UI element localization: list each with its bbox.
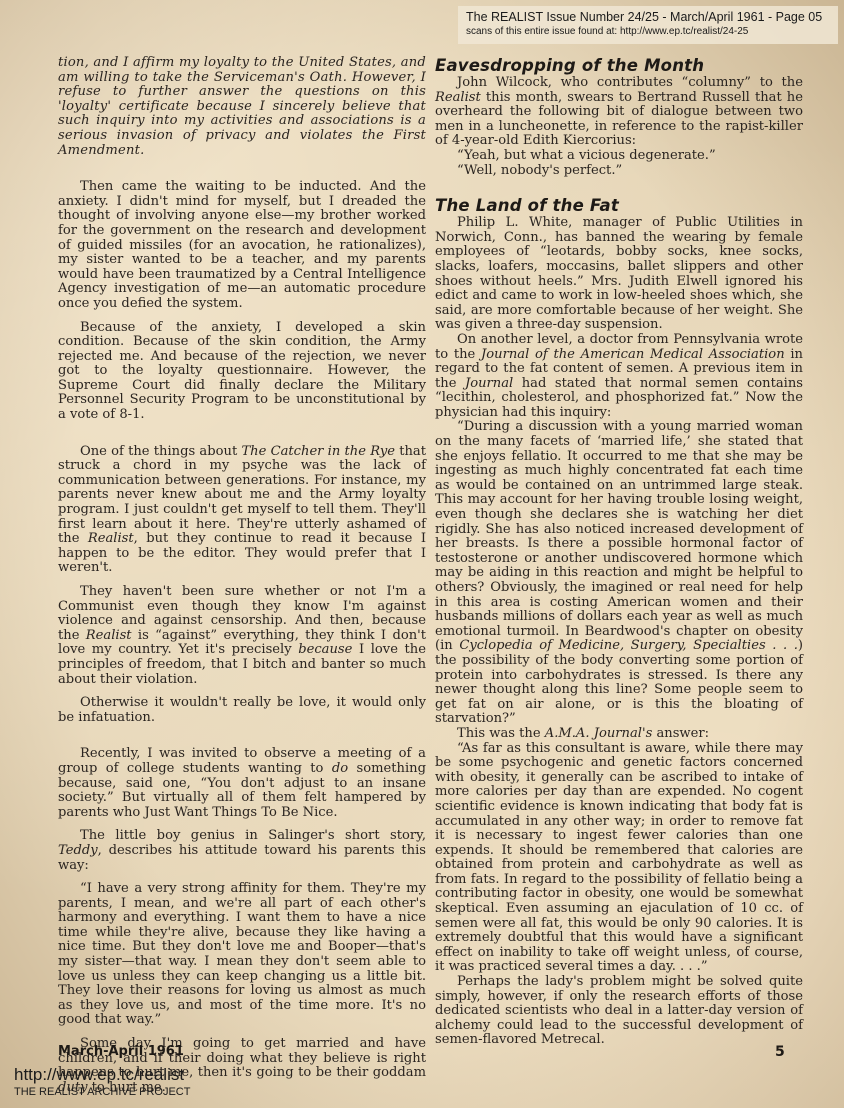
right-column: Eavesdropping of the Month John Wilcock,… bbox=[435, 56, 803, 1048]
archive-url: http://www.ep.tc/realist bbox=[14, 1065, 190, 1085]
archive-banner: The REALIST Issue Number 24/25 - March/A… bbox=[458, 6, 838, 44]
paragraph: On another level, a doctor from Pennsylv… bbox=[435, 333, 803, 421]
page-number: 5 bbox=[775, 1044, 785, 1060]
quote-paragraph: “As far as this consultant is aware, whi… bbox=[435, 742, 803, 976]
paragraph: They haven't been sure whether or not I'… bbox=[58, 585, 426, 687]
paragraph: This was the A.M.A. Journal's answer: bbox=[435, 727, 803, 742]
paragraph: Perhaps the lady's problem might be solv… bbox=[435, 975, 803, 1048]
paragraph: Because of the anxiety, I developed a sk… bbox=[58, 321, 426, 423]
quote-line: “Yeah, but what a vicious degenerate.” bbox=[435, 149, 803, 164]
archive-project-name: THE REALIST ARCHIVE PROJECT bbox=[14, 1085, 190, 1099]
quote-paragraph: “During a discussion with a young marrie… bbox=[435, 420, 803, 726]
paragraph: Then came the waiting to be inducted. An… bbox=[58, 180, 426, 311]
quote-line: “Well, nobody's perfect.” bbox=[435, 164, 803, 179]
archive-watermark: http://www.ep.tc/realist THE REALIST ARC… bbox=[14, 1065, 190, 1099]
paragraph: John Wilcock, who contributes “columny” … bbox=[435, 76, 803, 149]
section-heading-eavesdropping: Eavesdropping of the Month bbox=[435, 56, 803, 76]
banner-title: The REALIST Issue Number 24/25 - March/A… bbox=[466, 9, 830, 25]
quote-paragraph: “I have a very strong affinity for them.… bbox=[58, 882, 426, 1028]
issue-date: March-April 1961 bbox=[58, 1044, 184, 1059]
paragraph: The little boy genius in Salinger's shor… bbox=[58, 829, 426, 873]
banner-subtitle: scans of this entire issue found at: htt… bbox=[466, 25, 830, 38]
paragraph: Otherwise it wouldn't really be love, it… bbox=[58, 696, 426, 725]
paragraph: Recently, I was invited to observe a mee… bbox=[58, 747, 426, 820]
left-column: tion, and I affirm my loyalty to the Uni… bbox=[58, 56, 426, 1095]
paragraph: Philip L. White, manager of Public Utili… bbox=[435, 216, 803, 333]
paragraph: One of the things about The Catcher in t… bbox=[58, 445, 426, 576]
loyalty-statement: tion, and I affirm my loyalty to the Uni… bbox=[58, 56, 426, 158]
section-heading-land-of-fat: The Land of the Fat bbox=[435, 196, 803, 216]
